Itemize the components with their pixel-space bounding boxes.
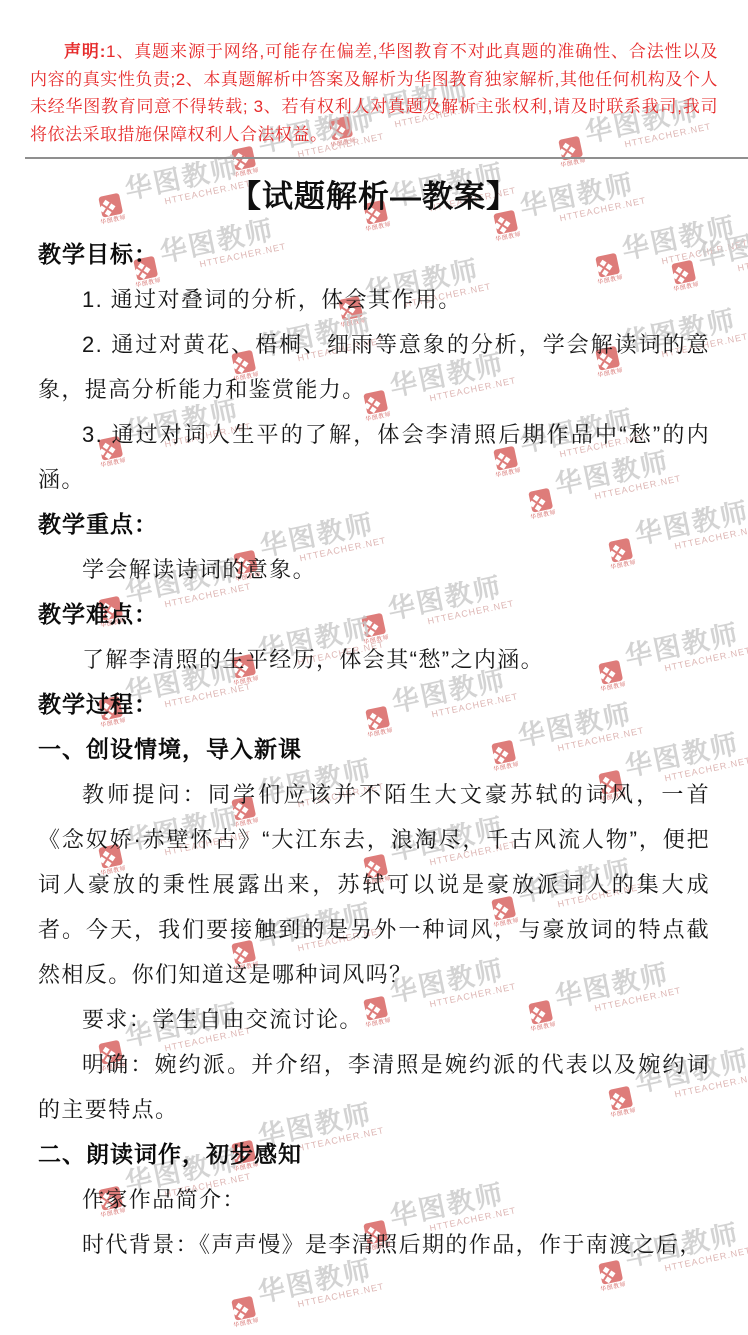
paragraph: 学会解读诗词的意象。 xyxy=(38,547,710,592)
document: 声明:1、真题来源于网络,可能存在偏差,华图教育不对此真题的准确性、合法性以及内… xyxy=(0,38,748,1267)
watermark-caption: 华图教师 xyxy=(233,1318,260,1330)
section-heading: 教学过程： xyxy=(38,682,710,727)
watermark-subtext: HTTEACHER.NET xyxy=(297,1281,386,1309)
paragraph: 教师提问：同学们应该并不陌生大文豪苏轼的词风，一首《念奴娇·赤壁怀古》“大江东去… xyxy=(38,772,710,997)
disclaimer: 声明:1、真题来源于网络,可能存在偏差,华图教育不对此真题的准确性、合法性以及内… xyxy=(30,38,718,148)
huatu-logo-icon: 华图教师 xyxy=(228,1295,260,1330)
paragraph: 要求：学生自由交流讨论。 xyxy=(38,997,710,1042)
disclaimer-text: 1、真题来源于网络,可能存在偏差,华图教育不对此真题的准确性、合法性以及内容的真… xyxy=(30,42,718,144)
section-heading: 教学重点： xyxy=(38,502,710,547)
huatu-logo-square xyxy=(231,1296,256,1321)
paragraph: 时代背景：《声声慢》是李清照后期的作品，作于南渡之后， xyxy=(38,1222,710,1267)
paragraph: 了解李清照的生平经历，体会其“愁”之内涵。 xyxy=(38,637,710,682)
page-title: 【试题解析—教案】 xyxy=(38,174,710,220)
disclaimer-label: 声明: xyxy=(64,42,106,61)
paragraph: 明确：婉约派。并介绍，李清照是婉约派的代表以及婉约词的主要特点。 xyxy=(38,1042,710,1132)
section-heading: 一、创设情境，导入新课 xyxy=(38,727,710,772)
section-heading: 二、朗读词作，初步感知 xyxy=(38,1132,710,1177)
document-body: 教学目标：1. 通过对叠词的分析，体会其作用。2. 通过对黄花、梧桐、细雨等意象… xyxy=(38,232,710,1267)
section-heading: 教学难点： xyxy=(38,592,710,637)
paragraph: 作家作品简介： xyxy=(38,1177,710,1222)
divider xyxy=(25,157,748,159)
paragraph: 3. 通过对词人生平的了解，体会李清照后期作品中“愁”的内涵。 xyxy=(38,412,710,502)
paragraph: 1. 通过对叠词的分析，体会其作用。 xyxy=(38,277,710,322)
page: { "page": { "background": "#ffffff" }, "… xyxy=(0,0,748,1335)
watermark-caption: 华图教师 xyxy=(600,1282,627,1294)
paragraph: 2. 通过对黄花、梧桐、细雨等意象的分析，学会解读词的意象，提高分析能力和鉴赏能… xyxy=(38,322,710,412)
section-heading: 教学目标： xyxy=(38,232,710,277)
